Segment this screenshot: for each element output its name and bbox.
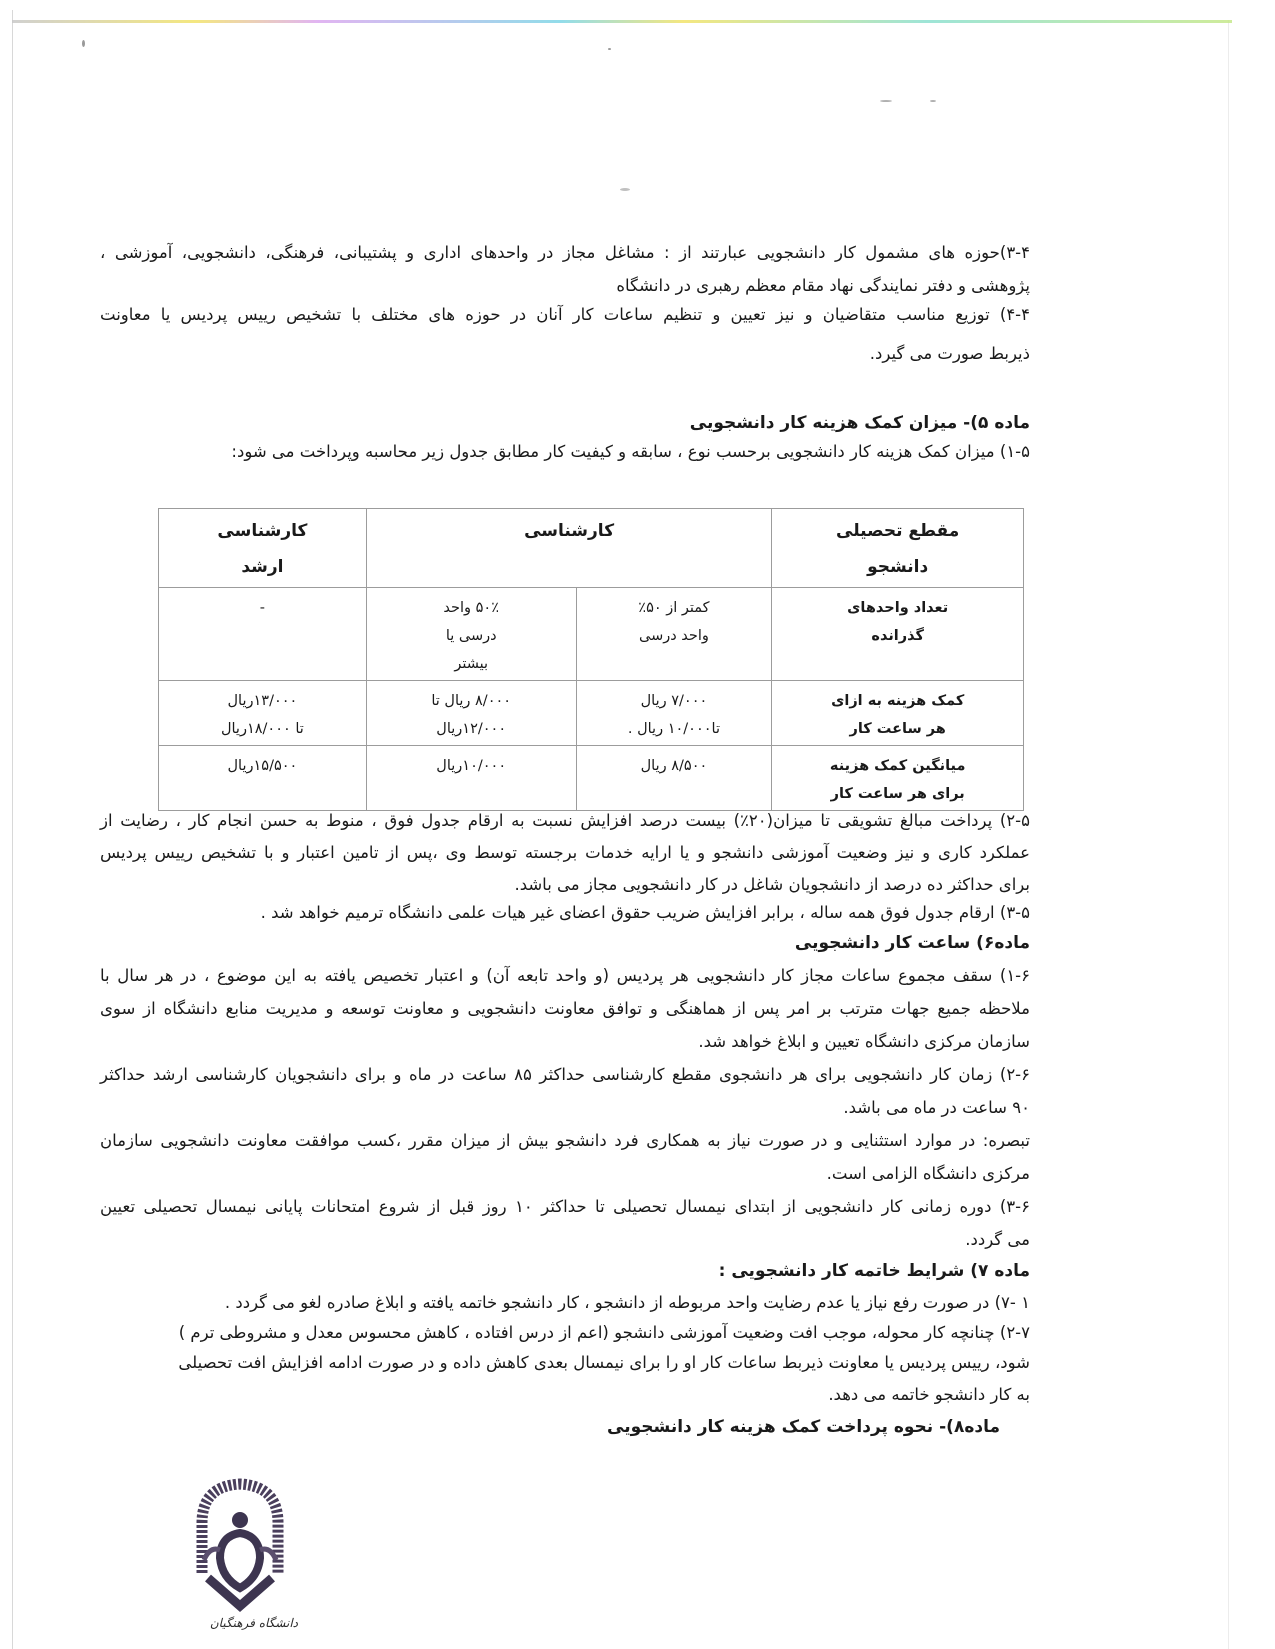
clause-5-2-line-3: برای حداکثر ده درصد از دانشجویان شاغل در… xyxy=(514,874,1030,896)
logo-caption: دانشگاه فرهنگیان xyxy=(208,1616,298,1630)
article-8-heading: ماده۸)- نحوه پرداخت کمک هزینه کار دانشجو… xyxy=(607,1416,1000,1438)
clause-6-1-line-1: ۱-۶) سقف مجموع ساعات مجاز کار دانشجویی ه… xyxy=(100,965,1030,987)
scan-page-edge xyxy=(1228,20,1229,1649)
scan-speck xyxy=(880,100,892,102)
row-label-average-allowance: میانگین کمک هزینه برای هر ساعت کار xyxy=(772,746,1024,811)
cell-bachelor-less: کمتر از ۵۰٪ واحد درسی xyxy=(576,588,772,681)
scan-speck xyxy=(608,48,611,50)
clause-6-2-line-1: ۲-۶) زمان کار دانشجویی برای هر دانشجوی م… xyxy=(100,1064,1030,1086)
clause-4-3-line-1: ۳-۴)حوزه های مشمول کار دانشجویی عبارتند … xyxy=(100,242,1030,264)
cell-master: - xyxy=(159,588,367,681)
clause-7-2-line-1: ۲-۷) چنانچه کار محوله، موجب افت وضعیت آم… xyxy=(179,1322,1030,1344)
note-line-2: مرکزی دانشگاه الزامی است. xyxy=(827,1163,1030,1185)
clause-4-4-line-2: ذیربط صورت می گیرد. xyxy=(870,343,1030,365)
clause-6-2-line-2: ۹۰ ساعت در ماه می باشد. xyxy=(843,1097,1030,1119)
clause-7-1: ۱ -۷) در صورت رفع نیاز یا عدم رضایت واحد… xyxy=(225,1292,1030,1314)
header-level-label: مقطع تحصیلی دانشجو xyxy=(772,509,1024,588)
clause-4-4-line-1: ۴-۴) توزیع مناسب متقاضیان و نیز تعیین و … xyxy=(100,304,1030,326)
cell-master: ۱۳/۰۰۰ریال تا ۱۸/۰۰۰ریال xyxy=(159,681,367,746)
clause-6-1-line-2: ملاحظه جمیع جهات مترتب بر امر پس از هماه… xyxy=(100,998,1030,1020)
row-label-units-passed: تعداد واحدهای گذرانده xyxy=(772,588,1024,681)
clause-5-2-line-2: عملکرد کاری و نیز وضعیت آموزشی دانشجو و … xyxy=(100,842,1030,864)
header-bachelor: کارشناسی xyxy=(366,509,772,588)
row-label-allowance-per-hour: کمک هزینه به ازای هر ساعت کار xyxy=(772,681,1024,746)
scan-page-edge xyxy=(12,10,13,1649)
article-6-heading: ماده۶) ساعت کار دانشجویی xyxy=(795,932,1030,954)
clause-5-2-line-1: ۲-۵) پرداخت مبالغ تشویقی تا میزان(۲۰٪) ب… xyxy=(100,810,1030,832)
note-line-1: تبصره: در موارد استثنایی و در صورت نیاز … xyxy=(100,1130,1030,1152)
clause-5-3: ۳-۵) ارقام جدول فوق همه ساله ، برابر افز… xyxy=(261,902,1030,924)
table-row: میانگین کمک هزینه برای هر ساعت کار ۸/۵۰۰… xyxy=(159,746,1024,811)
table-row: کمک هزینه به ازای هر ساعت کار ۷/۰۰۰ ریال… xyxy=(159,681,1024,746)
cell-bachelor-more: ۵۰٪ واحد درسی یا بیشتر xyxy=(366,588,576,681)
cell-bachelor-more: ۸/۰۰۰ ریال تا ۱۲/۰۰۰ریال xyxy=(366,681,576,746)
cell-bachelor-less: ۷/۰۰۰ ریال تا۱۰/۰۰۰ ریال . xyxy=(576,681,772,746)
clause-6-3-line-1: ۳-۶) دوره زمانی کار دانشجویی از ابتدای ن… xyxy=(100,1196,1030,1218)
clause-4-3-line-2: پژوهشی و دفتر نمایندگی نهاد مقام معظم ره… xyxy=(616,275,1030,297)
clause-6-1-line-3: سازمان مرکزی دانشگاه تعیین و ابلاغ خواهد… xyxy=(698,1031,1030,1053)
clause-7-2-line-2: شود، رییس پردیس یا معاونت ذیربط ساعات کا… xyxy=(178,1352,1030,1374)
cell-bachelor-less: ۸/۵۰۰ ریال xyxy=(576,746,772,811)
scan-speck xyxy=(82,40,85,47)
university-logo: دانشگاه فرهنگیان xyxy=(190,1478,290,1649)
scan-speck xyxy=(930,100,936,102)
scan-artifact-bar xyxy=(12,20,1232,23)
cell-master: ۱۵/۵۰۰ریال xyxy=(159,746,367,811)
student-work-allowance-table: مقطع تحصیلی دانشجو کارشناسی کارشناسی ارش… xyxy=(158,508,1024,811)
clause-5-1: ۱-۵) میزان کمک هزینه کار دانشجویی برحسب … xyxy=(231,441,1030,463)
cell-bachelor-more: ۱۰/۰۰۰ریال xyxy=(366,746,576,811)
clause-7-2-line-3: به کار دانشجو خاتمه می دهد. xyxy=(828,1384,1030,1406)
article-7-heading: ماده ۷) شرایط خاتمه کار دانشجویی : xyxy=(719,1260,1030,1282)
clause-6-3-line-2: می گردد. xyxy=(965,1229,1030,1251)
article-5-heading: ماده ۵)- میزان کمک هزینه کار دانشجویی xyxy=(690,412,1030,434)
header-master: کارشناسی ارشد xyxy=(159,509,367,588)
table-row: تعداد واحدهای گذرانده کمتر از ۵۰٪ واحد د… xyxy=(159,588,1024,681)
table-header-row: مقطع تحصیلی دانشجو کارشناسی کارشناسی ارش… xyxy=(159,509,1024,588)
scan-speck xyxy=(620,188,630,191)
